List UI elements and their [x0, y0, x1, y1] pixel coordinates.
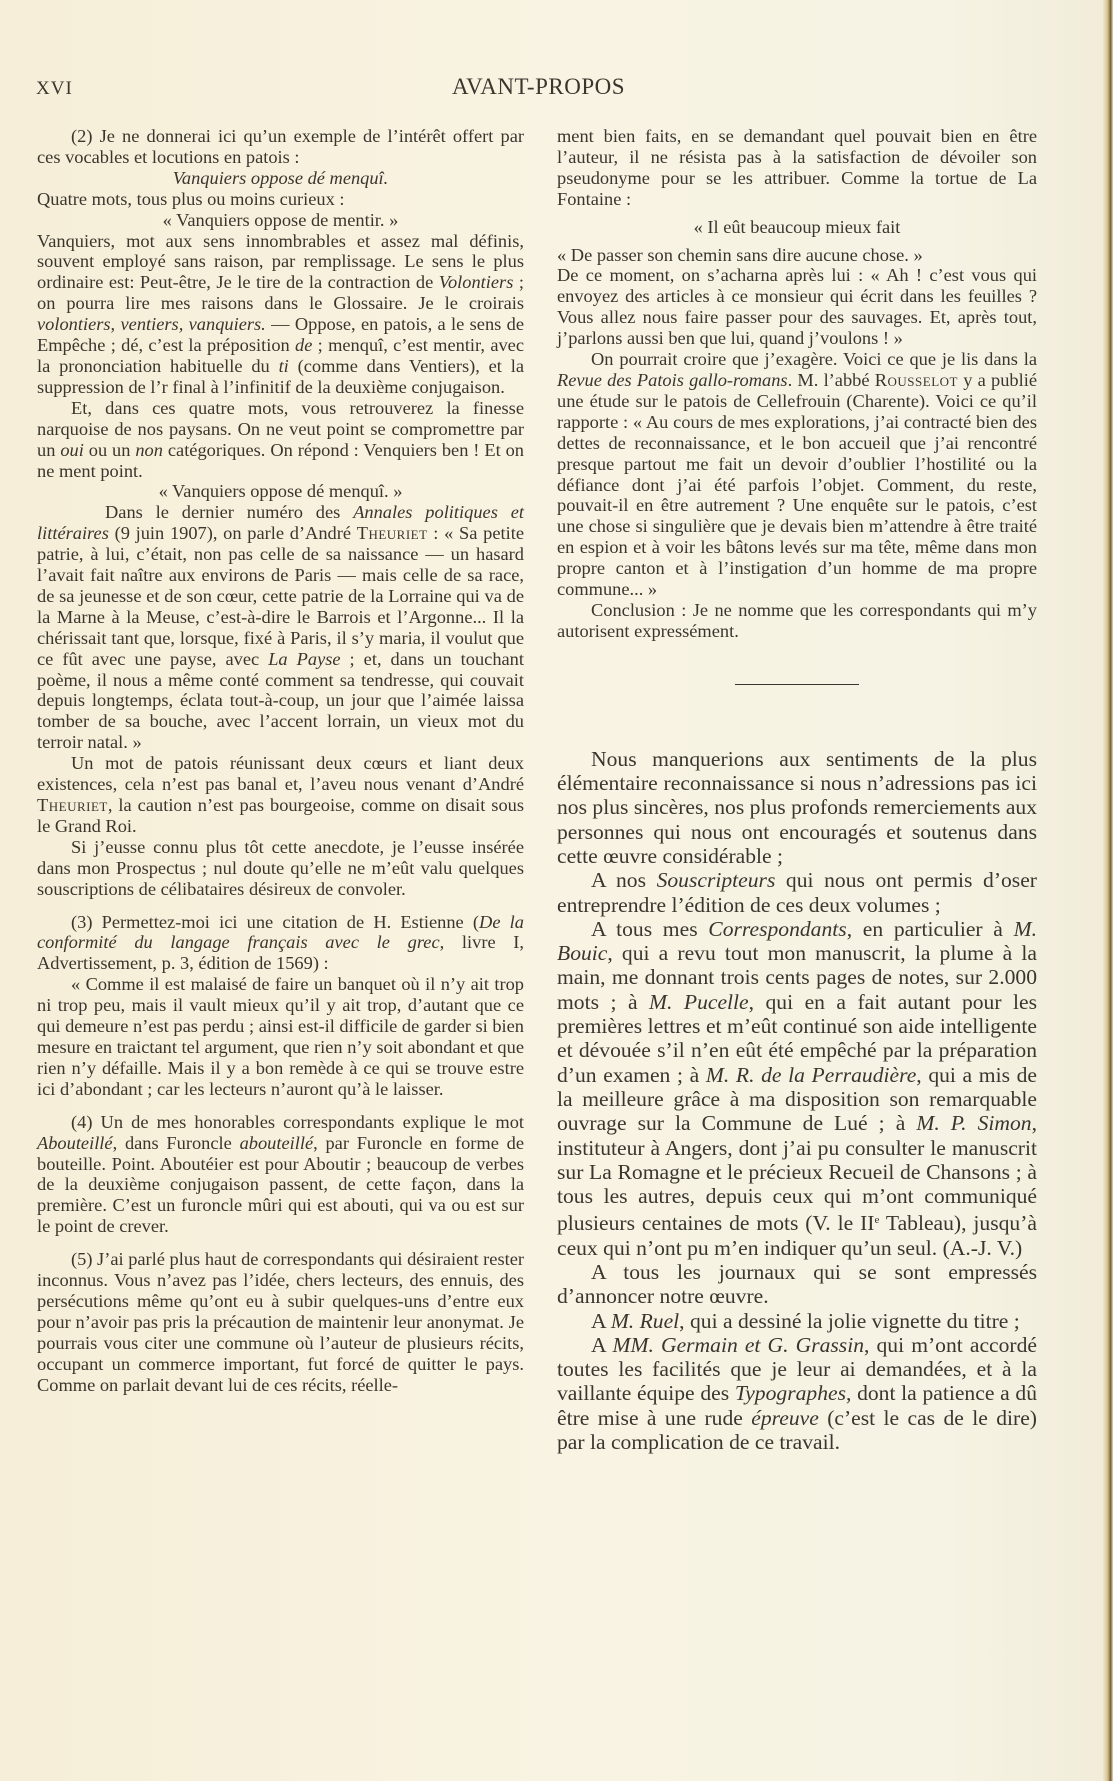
conclusion-paragraph: Conclusion : Je ne nomme que les corresp…	[557, 600, 1037, 642]
quote-repeat: « Vanquiers oppose dé menquî. »	[37, 481, 524, 502]
thanks-souscripteurs: A nos Souscripteurs qui nous ont permis …	[557, 868, 1037, 917]
page-edge	[1103, 0, 1113, 1781]
estienne-quote: « Comme il est malaisé de faire un banqu…	[37, 974, 524, 1099]
finesse-paragraph: Et, dans ces quatre mots, vous retrouver…	[37, 398, 524, 482]
thanks-journaux: A tous les journaux qui se sont empressé…	[557, 1260, 1037, 1309]
thanks-correspondants: A tous mes Correspondants, en particulie…	[557, 917, 1037, 1260]
annales-paragraph: Dans le dernier numéro des Annales polit…	[37, 502, 524, 753]
exagere-paragraph: On pourrait croire que j’exagère. Voici …	[557, 349, 1037, 600]
quatre-mots: Quatre mots, tous plus ou moins curieux …	[37, 189, 524, 210]
translation-quote: « Vanquiers oppose de mentir. »	[37, 210, 524, 231]
fable-line-2: « De passer son chemin sans dire aucune …	[557, 245, 1037, 266]
fable-line-1: « Il eût beaucoup mieux fait	[557, 217, 1037, 238]
note-5: (5) J’ai parlé plus haut de correspondan…	[37, 1249, 524, 1395]
mot-patois-paragraph: Un mot de patois réunissant deux cœurs e…	[37, 753, 524, 837]
note-5-continuation: ment bien faits, en se demandant quel po…	[557, 126, 1037, 210]
thanks-ruel: A M. Ruel, qui a dessiné la jolie vignet…	[557, 1309, 1037, 1333]
explanation-paragraph: Vanquiers, mot aux sens innombrables et …	[37, 231, 524, 398]
acknowledgements: Nous manquerions aux sentiments de la pl…	[557, 747, 1037, 1455]
note-3-intro: (3) Permettez-moi ici une citation de H.…	[37, 912, 524, 975]
thanks-grassin: A MM. Germain et G. Grassin, qui m’ont a…	[557, 1333, 1037, 1454]
page-header: XVI AVANT-PROPOS	[36, 74, 1077, 104]
note-2-intro: (2) Je ne donnerai ici qu’un exemple de …	[37, 126, 524, 168]
section-divider	[735, 684, 859, 685]
running-title: AVANT-PROPOS	[36, 74, 1041, 100]
patois-example: Vanquiers oppose dé menquî.	[37, 168, 524, 189]
note-4: (4) Un de mes honorables correspondants …	[37, 1112, 524, 1237]
anecdote-paragraph: Si j’eusse connu plus tôt cette anecdote…	[37, 837, 524, 900]
right-column: ment bien faits, en se demandant quel po…	[557, 126, 1037, 1454]
acharna-paragraph: De ce moment, on s’acharna après lui : «…	[557, 265, 1037, 349]
left-column: (2) Je ne donnerai ici qu’un exemple de …	[37, 126, 524, 1395]
thanks-intro: Nous manquerions aux sentiments de la pl…	[557, 747, 1037, 868]
